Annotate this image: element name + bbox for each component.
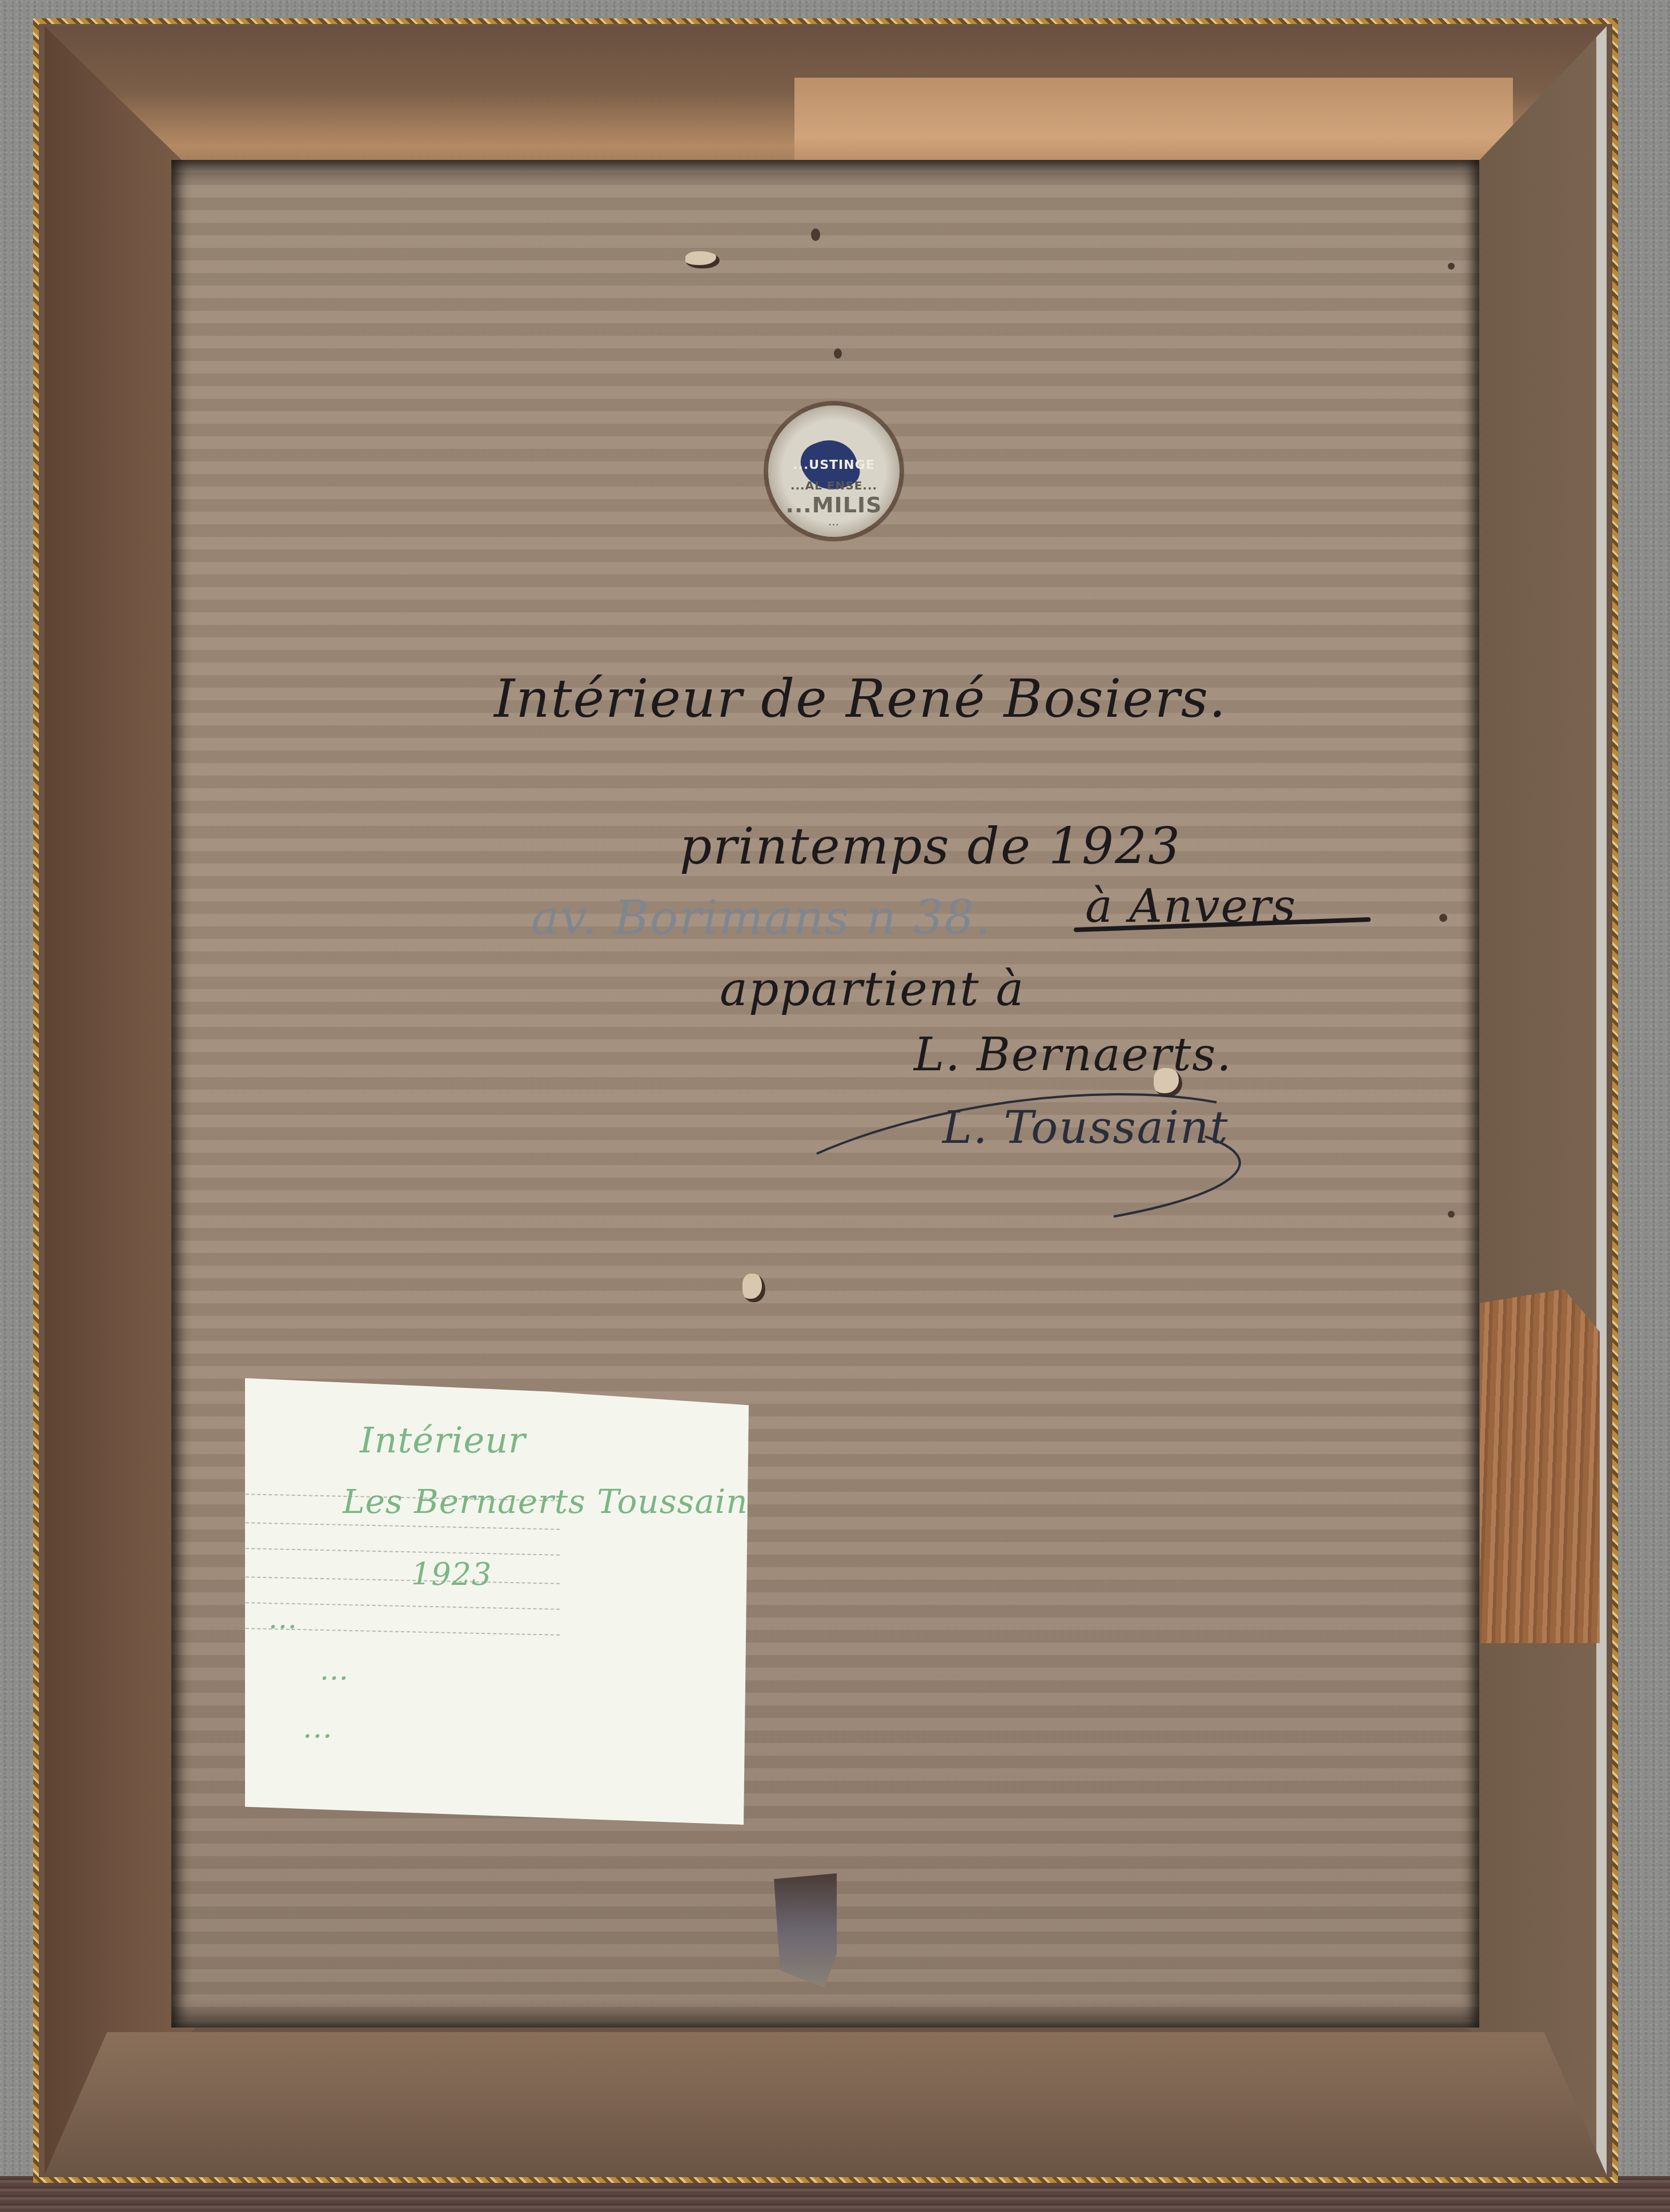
frame-right-rail	[1464, 26, 1607, 2175]
ruled-line	[240, 1522, 560, 1530]
nail-hole	[811, 228, 820, 241]
nail-hole	[834, 348, 842, 359]
seal-text: ...	[768, 519, 900, 528]
note-line: 1923	[411, 1556, 492, 1592]
ruled-line	[240, 1548, 560, 1556]
tape-stain	[774, 1873, 837, 1988]
seal-text: ...USTINGE	[768, 458, 900, 472]
note-line: Intérieur	[360, 1419, 526, 1461]
exposed-wood-grain	[1480, 1289, 1600, 1643]
signature-flourish	[805, 1085, 1296, 1222]
ruled-line	[240, 1576, 560, 1584]
inscription-ownership: appartient à	[720, 962, 1025, 1017]
ink-spot	[1439, 914, 1447, 922]
handwritten-note-card: Intérieur Les Bernaerts Toussaint 1923 .…	[240, 1374, 754, 1825]
seal-text: ...MILIS	[768, 492, 900, 517]
inscription-address-pencil: av. Borimans n 38.	[531, 891, 991, 945]
seal-text: ...AL ENSE...	[768, 479, 900, 492]
circular-seal-label: ...USTINGE ...AL ENSE... ...MILIS ...	[768, 406, 900, 537]
note-line: ...	[268, 1602, 298, 1635]
paper-tear	[742, 1274, 765, 1302]
frame-bottom-rail	[45, 2032, 1607, 2175]
inscription-date: printemps de 1923	[680, 817, 1181, 876]
inscription-title: Intérieur de René Bosiers.	[494, 668, 1227, 729]
ink-spot	[1448, 1211, 1455, 1218]
paper-tear	[685, 251, 720, 268]
note-line: ...	[303, 1711, 333, 1745]
note-line: Les Bernaerts Toussaint	[343, 1482, 762, 1521]
note-line: ...	[320, 1653, 349, 1687]
ink-spot	[1448, 263, 1455, 270]
owner-signature: L. Bernaerts.	[914, 1028, 1233, 1081]
